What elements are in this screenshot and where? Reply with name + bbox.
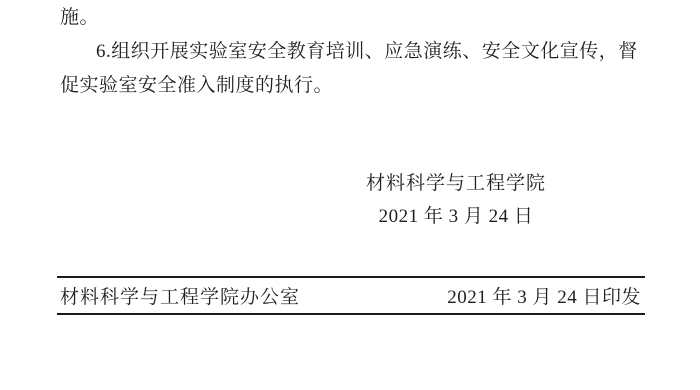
- footer-office-name: 材料科学与工程学院办公室: [60, 282, 300, 309]
- paragraph-line-2: 6.组织开展实验室安全教育培训、应急演练、安全文化宣传，督: [60, 35, 650, 69]
- paragraph-line-1: 施。: [60, 1, 650, 35]
- paragraph-line-3: 促实验室安全准入制度的执行。: [60, 69, 650, 103]
- document-page: 施。 6.组织开展实验室安全教育培训、应急演练、安全文化宣传，督 促实验室安全准…: [0, 0, 700, 390]
- signature-block: 材料科学与工程学院 2021 年 3 月 24 日: [365, 167, 547, 233]
- paragraph-block: 施。 6.组织开展实验室安全教育培训、应急演练、安全文化宣传，督 促实验室安全准…: [60, 1, 650, 103]
- signature-organization: 材料科学与工程学院: [365, 167, 547, 200]
- signature-date: 2021 年 3 月 24 日: [365, 200, 547, 233]
- footer-issue-date: 2021 年 3 月 24 日印发: [447, 282, 641, 309]
- footer-colophon: 材料科学与工程学院办公室 2021 年 3 月 24 日印发: [57, 276, 645, 315]
